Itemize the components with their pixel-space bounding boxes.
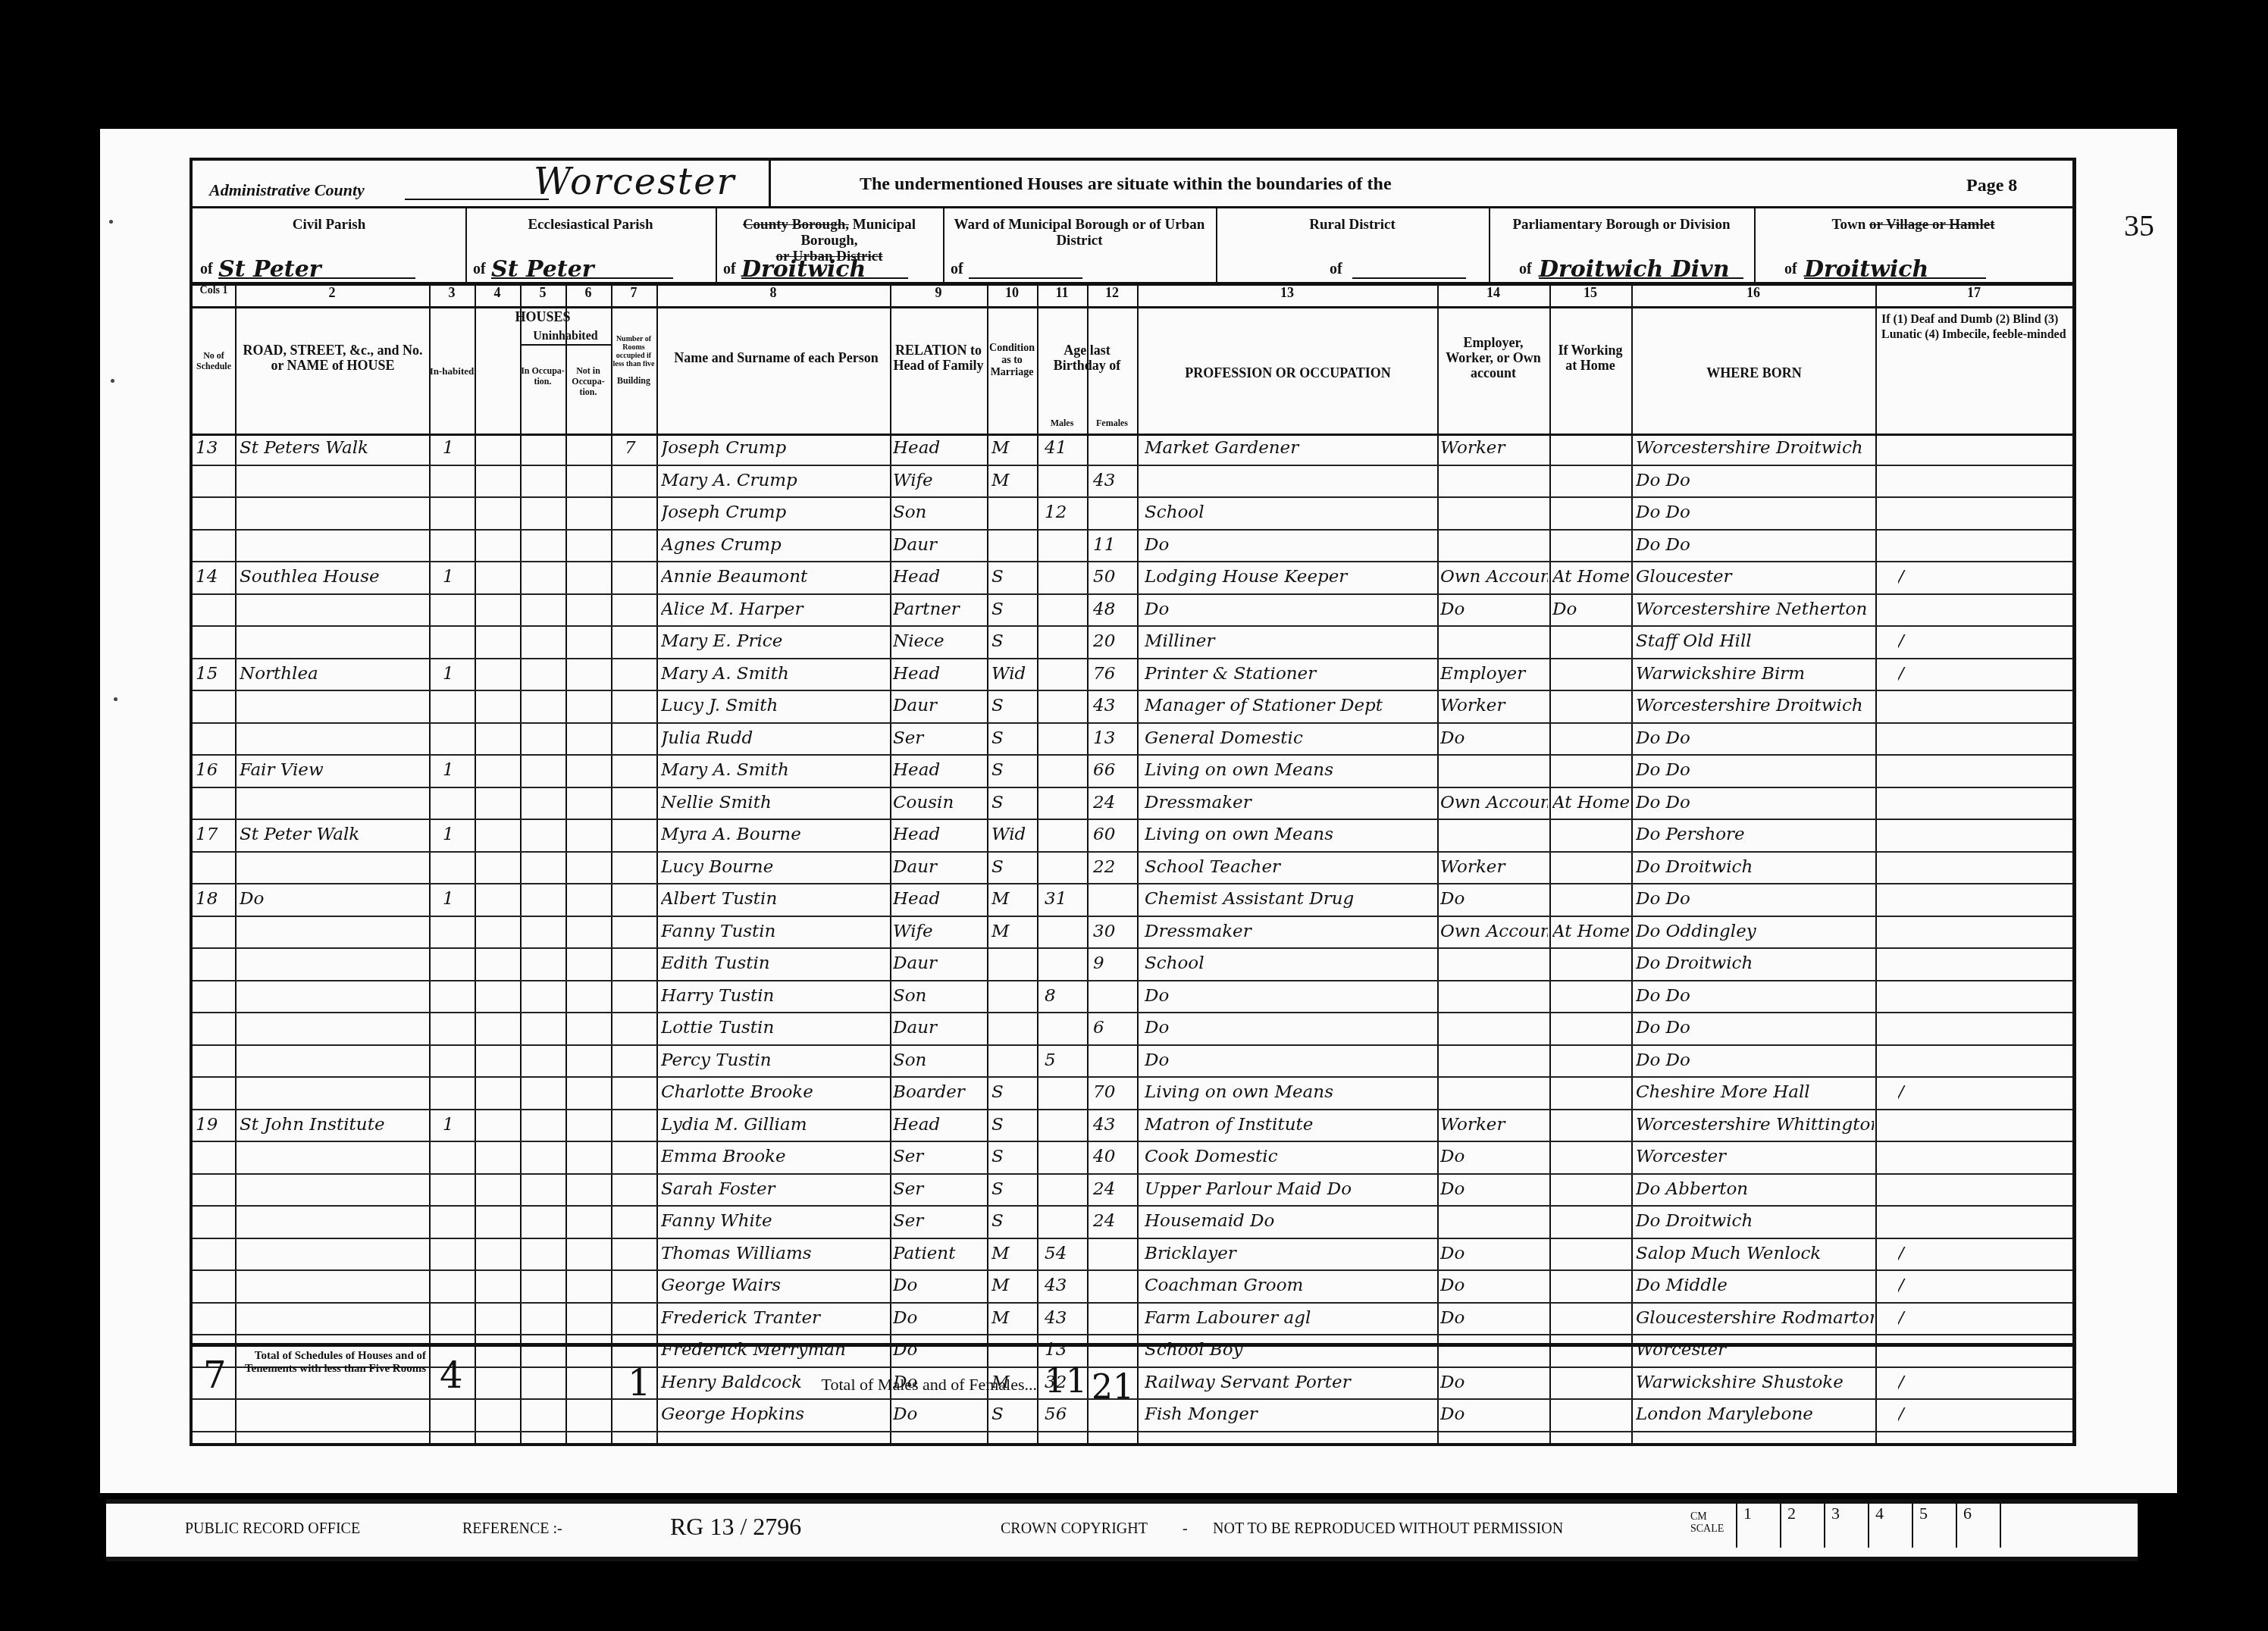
parliamentary-borough-value: Droitwich Divn bbox=[1539, 261, 1743, 279]
col-number: 2 bbox=[235, 285, 429, 301]
form-title-bar: Administrative County Worcester The unde… bbox=[193, 161, 2072, 208]
cell-relation: Head bbox=[893, 886, 985, 912]
cell-name: Lucy Bourne bbox=[661, 854, 888, 880]
table-row: Frederick TranterDoM43Farm Labourer aglD… bbox=[193, 1304, 2072, 1336]
cell-born: Worcestershire Netherton bbox=[1636, 596, 1874, 622]
cell-relation: Head bbox=[893, 822, 985, 847]
cell-house: Fair View bbox=[240, 757, 428, 783]
cell-born: Staff Old Hill bbox=[1636, 628, 1874, 654]
footer-notice: NOT TO BE REPRODUCED WITHOUT PERMISSION bbox=[1213, 1520, 1563, 1538]
page-number: 8 bbox=[2008, 176, 2017, 196]
heading-where-born: WHERE BORN bbox=[1634, 365, 1874, 380]
heading-occupation: PROFESSION OR OCCUPATION bbox=[1140, 365, 1436, 380]
of-label: of bbox=[1784, 261, 1797, 277]
cell-inhabited: 1 bbox=[443, 435, 473, 461]
col-number: Cols 1 bbox=[193, 285, 235, 297]
of-label: of bbox=[200, 261, 213, 277]
cell-condition: M bbox=[991, 919, 1035, 944]
cell-male: 8 bbox=[1045, 983, 1085, 1009]
col-number: 5 bbox=[520, 285, 565, 301]
cell-female: 40 bbox=[1093, 1144, 1136, 1169]
cell-employer: Own Account bbox=[1440, 919, 1548, 944]
cell-occupation: Dressmaker bbox=[1145, 919, 1436, 944]
col-number: 8 bbox=[656, 285, 890, 301]
cell-born: Cheshire More Hall bbox=[1636, 1079, 1874, 1105]
cell-name: Albert Tustin bbox=[661, 886, 888, 912]
census-sheet: 35 Administrative County Worcester The u… bbox=[100, 129, 2177, 1493]
admin-county-label: Administrative County bbox=[209, 180, 365, 200]
cell-infirm: / bbox=[1898, 1241, 1944, 1266]
of-label: of bbox=[1330, 261, 1342, 277]
cell-relation: Patient bbox=[893, 1241, 985, 1266]
town-label-text: Town bbox=[1832, 217, 1866, 233]
cell-name: Emma Brooke bbox=[661, 1144, 888, 1169]
table-row: Lucy BourneDaurS22School TeacherWorkerDo… bbox=[193, 853, 2072, 885]
cell-female: 11 bbox=[1093, 532, 1136, 558]
cell-occupation: Chemist Assistant Drug bbox=[1145, 886, 1436, 912]
admin-county-value: Worcester bbox=[534, 161, 735, 203]
cell-relation: Head bbox=[893, 564, 985, 590]
cell-relation: Do bbox=[893, 1305, 985, 1331]
table-row: Fanny WhiteSerS24Housemaid DoDo Droitwic… bbox=[193, 1207, 2072, 1239]
table-row: 16Fair View1Mary A. SmithHeadS66Living o… bbox=[193, 756, 2072, 788]
cell-condition: M bbox=[991, 435, 1035, 461]
scale-mark: 5 bbox=[1912, 1504, 1956, 1548]
cell-occupation: School Teacher bbox=[1145, 854, 1436, 880]
cell-born: Do Do bbox=[1636, 1015, 1874, 1041]
cell-born: Do Droitwich bbox=[1636, 950, 1874, 976]
cell-condition: S bbox=[991, 628, 1035, 654]
heading-females: Females bbox=[1087, 415, 1137, 430]
cell-employer: Employer bbox=[1440, 661, 1548, 687]
cell-female: 22 bbox=[1093, 854, 1136, 880]
col-number: 16 bbox=[1631, 285, 1875, 301]
cell-condition: S bbox=[991, 693, 1035, 718]
cell-name: Joseph Crump bbox=[661, 499, 888, 525]
rural-district-value bbox=[1352, 277, 1466, 279]
cell-employer: Do bbox=[1440, 1273, 1548, 1298]
scale-mark: 4 bbox=[1868, 1504, 1912, 1548]
ecclesiastical-parish-value: St Peter bbox=[491, 261, 673, 279]
cell-condition: M bbox=[991, 1273, 1035, 1298]
cell-male: 43 bbox=[1045, 1273, 1085, 1298]
total-inhabited: 4 bbox=[440, 1354, 463, 1397]
cell-name: Frederick Tranter bbox=[661, 1305, 888, 1331]
cell-employer: Worker bbox=[1440, 693, 1548, 718]
cell-condition: M bbox=[991, 1241, 1035, 1266]
civil-parish-label: Civil Parish bbox=[193, 206, 465, 233]
cell-schedule: 17 bbox=[196, 822, 233, 847]
cell-occupation: Farm Labourer agl bbox=[1145, 1305, 1436, 1331]
cell-name: Myra A. Bourne bbox=[661, 822, 888, 847]
cell-born: Salop Much Wenlock bbox=[1636, 1241, 1874, 1266]
table-row: Sarah FosterSerS24Upper Parlour Maid DoD… bbox=[193, 1175, 2072, 1207]
town-label: Town or Village or Hamlet bbox=[1754, 206, 2072, 233]
table-row: George WairsDoM43Coachman GroomDoDo Midd… bbox=[193, 1271, 2072, 1304]
cell-inhabited: 1 bbox=[443, 757, 473, 783]
area-descriptors: Civil Parish of St Peter Ecclesiastical … bbox=[193, 206, 2072, 286]
cell-relation: Son bbox=[893, 983, 985, 1009]
municipal-borough-value: Droitwich bbox=[741, 261, 908, 279]
cell-born: Do Oddingley bbox=[1636, 919, 1874, 944]
col-number: 11 bbox=[1037, 285, 1087, 301]
table-row: 17St Peter Walk1Myra A. BourneHeadWid60L… bbox=[193, 820, 2072, 853]
cell-condition: S bbox=[991, 564, 1035, 590]
table-row: Nellie SmithCousinS24DressmakerOwn Accou… bbox=[193, 788, 2072, 821]
cell-born: Do Do bbox=[1636, 468, 1874, 493]
cell-name: Thomas Williams bbox=[661, 1241, 888, 1266]
cell-occupation: Matron of Institute bbox=[1145, 1112, 1436, 1138]
cell-occupation: General Domestic bbox=[1145, 725, 1436, 751]
cell-occupation: Manager of Stationer Dept bbox=[1145, 693, 1436, 718]
cell-name: Julia Rudd bbox=[661, 725, 888, 751]
cell-female: 43 bbox=[1093, 468, 1136, 493]
cell-employer: Worker bbox=[1440, 1112, 1548, 1138]
col-number: 4 bbox=[475, 285, 520, 301]
cell-relation: Daur bbox=[893, 1015, 985, 1041]
speck bbox=[111, 379, 114, 383]
cell-relation: Boarder bbox=[893, 1079, 985, 1105]
town: Town or Village or Hamlet of Droitwich bbox=[1754, 206, 2072, 282]
scale-end bbox=[2000, 1504, 2044, 1548]
rural-district-label: Rural District bbox=[1216, 206, 1489, 233]
table-row: Alice M. HarperPartnerS48DoDoDoWorcester… bbox=[193, 595, 2072, 628]
cell-condition: S bbox=[991, 725, 1035, 751]
col-number: 15 bbox=[1549, 285, 1631, 301]
cell-occupation: Milliner bbox=[1145, 628, 1436, 654]
cell-inhabited: 1 bbox=[443, 564, 473, 590]
rural-district: Rural District of bbox=[1216, 206, 1490, 282]
cell-infirm: / bbox=[1898, 628, 1944, 654]
col-number: 10 bbox=[987, 285, 1037, 301]
cell-female: 70 bbox=[1093, 1079, 1136, 1105]
total-schedules: 7 bbox=[203, 1354, 227, 1397]
cell-occupation: Bricklayer bbox=[1145, 1241, 1436, 1266]
heading-age: Age last Birthday of bbox=[1037, 343, 1137, 373]
table-row: Fanny TustinWifeM30DressmakerOwn Account… bbox=[193, 917, 2072, 950]
cell-name: Lottie Tustin bbox=[661, 1015, 888, 1041]
cell-name: Lucy J. Smith bbox=[661, 693, 888, 718]
cell-name: Fanny Tustin bbox=[661, 919, 888, 944]
census-rows: 13St Peters Walk17Joseph CrumpHeadM41Mar… bbox=[193, 434, 2072, 1432]
cell-schedule: 19 bbox=[196, 1112, 233, 1138]
cell-female: 50 bbox=[1093, 564, 1136, 590]
table-row: Mary E. PriceNieceS20MillinerStaff Old H… bbox=[193, 627, 2072, 659]
cell-female: 43 bbox=[1093, 1112, 1136, 1138]
footer-office: PUBLIC RECORD OFFICE bbox=[185, 1520, 360, 1538]
col-number: 17 bbox=[1875, 285, 2072, 301]
cell-employer: Worker bbox=[1440, 854, 1548, 880]
cell-at-home: At Home bbox=[1552, 790, 1630, 815]
cell-born: Gloucestershire Rodmarton bbox=[1636, 1305, 1874, 1331]
cell-male: 31 bbox=[1045, 886, 1085, 912]
footer-dash: - bbox=[1183, 1520, 1188, 1538]
cell-born: Do Pershore bbox=[1636, 822, 1874, 847]
cell-occupation: Cook Domestic bbox=[1145, 1144, 1436, 1169]
cell-employer: Own Account bbox=[1440, 564, 1548, 590]
cell-female: 24 bbox=[1093, 1176, 1136, 1202]
cell-born: Do Do bbox=[1636, 790, 1874, 815]
table-row: Mary A. CrumpWifeM43Do Do bbox=[193, 466, 2072, 499]
heading-houses: HOUSES bbox=[475, 309, 611, 324]
cell-infirm: / bbox=[1898, 1273, 1944, 1298]
cell-female: 66 bbox=[1093, 757, 1136, 783]
cell-relation: Do bbox=[893, 1273, 985, 1298]
total-rooms: 1 bbox=[628, 1362, 651, 1404]
ward-value bbox=[969, 277, 1082, 279]
cell-born: Worcestershire Droitwich bbox=[1636, 693, 1874, 718]
speck bbox=[114, 697, 117, 701]
cell-name: Nellie Smith bbox=[661, 790, 888, 815]
cell-condition: S bbox=[991, 1079, 1035, 1105]
cell-relation: Partner bbox=[893, 596, 985, 622]
cell-condition: Wid bbox=[991, 822, 1035, 847]
cell-employer: Do bbox=[1440, 596, 1548, 622]
ecclesiastical-parish-label: Ecclesiastical Parish bbox=[465, 206, 716, 233]
struck-text: or Village or Hamlet bbox=[1869, 217, 1995, 233]
cell-male: 54 bbox=[1045, 1241, 1085, 1266]
civil-parish-value: St Peter bbox=[218, 261, 415, 279]
of-label: of bbox=[473, 261, 486, 277]
cell-condition: S bbox=[991, 1176, 1035, 1202]
cell-name: Alice M. Harper bbox=[661, 596, 888, 622]
heading-in-occupation: In Occupa-tion. bbox=[520, 365, 565, 387]
cell-occupation: Market Gardener bbox=[1145, 435, 1436, 461]
cell-relation: Daur bbox=[893, 693, 985, 718]
cell-born: Do Do bbox=[1636, 983, 1874, 1009]
admin-county: Administrative County Worcester bbox=[193, 161, 771, 206]
cell-occupation: Lodging House Keeper bbox=[1145, 564, 1436, 590]
table-row: Agnes CrumpDaur11DoDo Do bbox=[193, 531, 2072, 563]
cell-occupation: Housemaid Do bbox=[1145, 1208, 1436, 1234]
cell-house: Southlea House bbox=[240, 564, 428, 590]
col-number: 14 bbox=[1437, 285, 1549, 301]
cell-name: Charlotte Brooke bbox=[661, 1079, 888, 1105]
cell-name: Joseph Crump bbox=[661, 435, 888, 461]
table-row: 15Northlea1Mary A. SmithHeadWid76Printer… bbox=[193, 659, 2072, 692]
cell-name: George Wairs bbox=[661, 1273, 888, 1298]
cell-inhabited: 1 bbox=[443, 822, 473, 847]
heading-employer: Employer, Worker, or Own account bbox=[1440, 335, 1546, 380]
cell-relation: Head bbox=[893, 1112, 985, 1138]
page-label: Page 8 bbox=[1966, 176, 2017, 196]
cell-inhabited: 1 bbox=[443, 661, 473, 687]
table-row: 18Do1Albert TustinHeadM31Chemist Assista… bbox=[193, 884, 2072, 917]
cell-house: Northlea bbox=[240, 661, 428, 687]
cell-condition: S bbox=[991, 1144, 1035, 1169]
col-number: 7 bbox=[611, 285, 656, 301]
cell-relation: Head bbox=[893, 435, 985, 461]
fill-line bbox=[405, 199, 549, 200]
scale-mark: 2 bbox=[1780, 1504, 1824, 1548]
of-label: of bbox=[951, 261, 963, 277]
heading-rooms: Number of Rooms occupied if less than fi… bbox=[611, 335, 656, 368]
cell-male: 43 bbox=[1045, 1305, 1085, 1331]
footer-reference-label: REFERENCE :- bbox=[462, 1520, 562, 1538]
cell-born: Do Middle bbox=[1636, 1273, 1874, 1298]
ward: Ward of Municipal Borough or of Urban Di… bbox=[943, 206, 1217, 282]
speck bbox=[109, 220, 113, 224]
cell-female: 76 bbox=[1093, 661, 1136, 687]
cell-name: Mary A. Smith bbox=[661, 661, 888, 687]
cell-condition: S bbox=[991, 1112, 1035, 1138]
cell-occupation: Printer & Stationer bbox=[1145, 661, 1436, 687]
civil-parish: Civil Parish of St Peter bbox=[193, 206, 467, 282]
cell-female: 43 bbox=[1093, 693, 1136, 718]
cell-born: Gloucester bbox=[1636, 564, 1874, 590]
cell-occupation: Living on own Means bbox=[1145, 822, 1436, 847]
cell-at-home: Do bbox=[1552, 596, 1630, 622]
col-number: 9 bbox=[890, 285, 987, 301]
cell-male: 41 bbox=[1045, 435, 1085, 461]
cell-name: Edith Tustin bbox=[661, 950, 888, 976]
town-value: Droitwich bbox=[1804, 261, 1986, 279]
table-row: Julia RuddSerS13General DomesticDoDo Do bbox=[193, 724, 2072, 756]
table-row: Lottie TustinDaur6DoDo Do bbox=[193, 1013, 2072, 1046]
cell-condition: S bbox=[991, 757, 1035, 783]
cell-female: 60 bbox=[1093, 822, 1136, 847]
cell-occupation: Do bbox=[1145, 1015, 1436, 1041]
cell-female: 24 bbox=[1093, 1208, 1136, 1234]
cell-infirm: / bbox=[1898, 661, 1944, 687]
cell-occupation: Dressmaker bbox=[1145, 790, 1436, 815]
cell-relation: Ser bbox=[893, 1176, 985, 1202]
cell-infirm: / bbox=[1898, 1079, 1944, 1105]
scale-mark: 1 bbox=[1736, 1504, 1780, 1548]
cell-condition: S bbox=[991, 1208, 1035, 1234]
footer-reference: RG 13 / 2796 bbox=[670, 1513, 801, 1541]
cell-infirm: / bbox=[1898, 1305, 1944, 1331]
cell-house: St John Institute bbox=[240, 1112, 428, 1138]
scale-mark: 6 bbox=[1956, 1504, 2000, 1548]
cell-occupation: Do bbox=[1145, 596, 1436, 622]
cell-male: 5 bbox=[1045, 1047, 1085, 1073]
cell-male: 12 bbox=[1045, 499, 1085, 525]
col-number: 13 bbox=[1137, 285, 1437, 301]
cell-relation: Daur bbox=[893, 950, 985, 976]
heading-road: ROAD, STREET, &c., and No. or NAME of HO… bbox=[240, 343, 426, 373]
cell-relation: Daur bbox=[893, 854, 985, 880]
cell-inhabited: 1 bbox=[443, 1112, 473, 1138]
cell-condition: M bbox=[991, 1305, 1035, 1331]
cell-name: Fanny White bbox=[661, 1208, 888, 1234]
cell-employer: Worker bbox=[1440, 435, 1548, 461]
cell-schedule: 13 bbox=[196, 435, 233, 461]
cell-condition: Wid bbox=[991, 661, 1035, 687]
cell-female: 24 bbox=[1093, 790, 1136, 815]
cell-relation: Wife bbox=[893, 919, 985, 944]
table-row: Harry TustinSon8DoDo Do bbox=[193, 981, 2072, 1014]
cell-occupation: Do bbox=[1145, 532, 1436, 558]
cell-occupation: Upper Parlour Maid Do bbox=[1145, 1176, 1436, 1202]
cell-born: Warwickshire Birm bbox=[1636, 661, 1874, 687]
cell-occupation: School bbox=[1145, 499, 1436, 525]
totals-label: Total of Schedules of Houses and of Tene… bbox=[240, 1350, 426, 1376]
parliamentary-borough-label: Parliamentary Borough or Division bbox=[1489, 206, 1754, 233]
cell-schedule: 18 bbox=[196, 886, 233, 912]
cell-name: Agnes Crump bbox=[661, 532, 888, 558]
cell-relation: Son bbox=[893, 499, 985, 525]
heading-schedule: No of Schedule bbox=[193, 350, 235, 371]
cell-schedule: 14 bbox=[196, 564, 233, 590]
cell-employer: Do bbox=[1440, 1176, 1548, 1202]
ecclesiastical-parish: Ecclesiastical Parish of St Peter bbox=[465, 206, 717, 282]
cell-born: Worcestershire Droitwich bbox=[1636, 435, 1874, 461]
cell-relation: Daur bbox=[893, 532, 985, 558]
cell-name: Lydia M. Gilliam bbox=[661, 1112, 888, 1138]
cell-born: Do Do bbox=[1636, 499, 1874, 525]
cell-female: 48 bbox=[1093, 596, 1136, 622]
heading-uninhabited: Uninhabited bbox=[520, 329, 611, 346]
form-title: The undermentioned Houses are situate wi… bbox=[860, 174, 1392, 195]
col-number: 12 bbox=[1087, 285, 1137, 301]
cell-occupation: Do bbox=[1145, 983, 1436, 1009]
cell-at-home: At Home bbox=[1552, 564, 1630, 590]
cell-female: 9 bbox=[1093, 950, 1136, 976]
cell-name: Mary A. Smith bbox=[661, 757, 888, 783]
cell-female: 6 bbox=[1093, 1015, 1136, 1041]
cell-employer: Do bbox=[1440, 1305, 1548, 1331]
cell-born: Do Droitwich bbox=[1636, 1208, 1874, 1234]
cell-born: Do Abberton bbox=[1636, 1176, 1874, 1202]
cell-relation: Ser bbox=[893, 1208, 985, 1234]
cell-relation: Ser bbox=[893, 1144, 985, 1169]
heading-relation: RELATION to Head of Family bbox=[893, 343, 984, 373]
cell-schedule: 15 bbox=[196, 661, 233, 687]
municipal-borough: County Borough, Municipal Borough,or Urb… bbox=[716, 206, 944, 282]
parliamentary-borough: Parliamentary Borough or Division of Dro… bbox=[1489, 206, 1756, 282]
cell-name: Harry Tustin bbox=[661, 983, 888, 1009]
col-number: 6 bbox=[565, 285, 611, 301]
cell-inhabited: 1 bbox=[443, 886, 473, 912]
table-row: Joseph CrumpSon12SchoolDo Do bbox=[193, 498, 2072, 531]
cell-occupation: Do bbox=[1145, 1047, 1436, 1073]
cell-born: Do Do bbox=[1636, 532, 1874, 558]
cell-condition: S bbox=[991, 854, 1035, 880]
table-row: Charlotte BrookeBoarderS70Living on own … bbox=[193, 1078, 2072, 1110]
cell-occupation: Living on own Means bbox=[1145, 757, 1436, 783]
cell-condition: M bbox=[991, 886, 1035, 912]
cell-born: Do Droitwich bbox=[1636, 854, 1874, 880]
cell-at-home: At Home bbox=[1552, 919, 1630, 944]
cell-relation: Head bbox=[893, 661, 985, 687]
cell-name: Percy Tustin bbox=[661, 1047, 888, 1073]
cell-name: Annie Beaumont bbox=[661, 564, 888, 590]
heading-working-home: If Working at Home bbox=[1552, 343, 1628, 373]
cell-rooms: 7 bbox=[625, 435, 655, 461]
table-row: 19St John Institute1Lydia M. GilliamHead… bbox=[193, 1110, 2072, 1143]
total-males-females-label: Total of Males and of Females... bbox=[746, 1377, 1037, 1392]
heading-infirmity: If (1) Deaf and Dumb (2) Blind (3) Lunat… bbox=[1881, 312, 2069, 343]
heading-males: Males bbox=[1037, 415, 1087, 430]
cell-employer: Do bbox=[1440, 725, 1548, 751]
cell-born: Do Do bbox=[1636, 1047, 1874, 1073]
totals-row: 7 Total of Schedules of Houses and of Te… bbox=[193, 1347, 2072, 1430]
table-row: 14Southlea House1Annie BeaumontHeadS50Lo… bbox=[193, 562, 2072, 595]
cell-occupation: Coachman Groom bbox=[1145, 1273, 1436, 1298]
cell-relation: Wife bbox=[893, 468, 985, 493]
heading-name: Name and Surname of each Person bbox=[663, 350, 890, 365]
cell-schedule: 16 bbox=[196, 757, 233, 783]
table-row: Thomas WilliamsPatientM54BricklayerDoSal… bbox=[193, 1239, 2072, 1272]
table-row: Lucy J. SmithDaurS43Manager of Stationer… bbox=[193, 691, 2072, 724]
table-row: Emma BrookeSerS40Cook DomesticDoWorceste… bbox=[193, 1142, 2072, 1175]
struck-text: County Borough, bbox=[743, 217, 849, 233]
heading-inhabited: In-habited bbox=[429, 365, 475, 377]
cell-name: Mary A. Crump bbox=[661, 468, 888, 493]
cell-female: 13 bbox=[1093, 725, 1136, 751]
cell-occupation: School bbox=[1145, 950, 1436, 976]
